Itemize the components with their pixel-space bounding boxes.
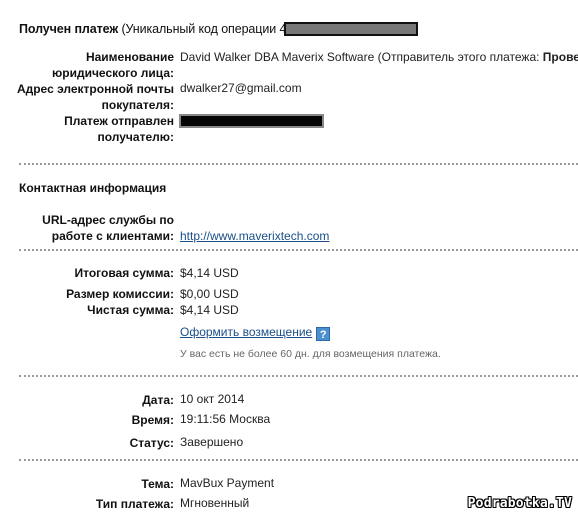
- support-url-label: URL-адрес службы по работе с клиентами:: [0, 212, 174, 244]
- help-icon[interactable]: ?: [316, 327, 330, 341]
- legal-name-label: Наименование юридического лица:: [0, 49, 174, 81]
- issue-refund-link[interactable]: Оформить возмещение: [180, 325, 312, 339]
- status-value: Завершено: [180, 434, 243, 450]
- total-amount-value: $4,14 USD: [180, 265, 239, 281]
- time-value: 19:11:56 Москва: [180, 411, 270, 427]
- payment-received-header: Получен платеж (Уникальный код операции …: [19, 22, 286, 36]
- contact-info-title: Контактная информация: [19, 181, 166, 195]
- net-amount-label: Чистая сумма:: [0, 302, 174, 318]
- header-title-bold: Получен платеж: [19, 22, 118, 36]
- subject-label: Тема:: [0, 476, 174, 492]
- time-label: Время:: [0, 412, 174, 428]
- status-label: Статус:: [0, 435, 174, 451]
- transaction-id-redaction: [284, 22, 418, 36]
- sender-status-text: Прове: [543, 50, 578, 64]
- payment-type-label: Тип платежа:: [0, 496, 174, 512]
- fee-label: Размер комиссии:: [0, 286, 174, 302]
- legal-name-value: David Walker DBA Maverix Software (Отпра…: [180, 49, 578, 65]
- refund-deadline-note: У вас есть не более 60 дн. для возмещени…: [180, 348, 441, 360]
- separator: [19, 375, 578, 377]
- total-amount-label: Итоговая сумма:: [0, 265, 174, 281]
- date-label: Дата:: [0, 392, 174, 408]
- fee-value: $0,00 USD: [180, 286, 239, 302]
- refund-row: Оформить возмещение?: [180, 324, 330, 341]
- support-url-link[interactable]: http://www.maverixtech.com: [180, 229, 329, 243]
- separator: [19, 459, 578, 461]
- net-amount-value: $4,14 USD: [180, 302, 239, 318]
- sent-to-label: Платеж отправлен получателю:: [0, 113, 174, 145]
- subject-value: MavBux Payment: [180, 475, 274, 491]
- separator: [19, 163, 578, 165]
- date-value: 10 окт 2014: [180, 391, 244, 407]
- buyer-email-value: dwalker27@gmail.com: [180, 80, 302, 96]
- legal-name-text: David Walker DBA Maverix Software (Отпра…: [180, 50, 543, 64]
- separator: [19, 249, 578, 251]
- header-title-rest: (Уникальный код операции 4: [118, 22, 286, 36]
- recipient-redaction: [179, 114, 324, 128]
- watermark: Podrabotka.TV: [468, 496, 572, 511]
- buyer-email-label: Адрес электронной почты покупателя:: [0, 81, 174, 113]
- payment-type-value: Мгновенный: [180, 495, 249, 511]
